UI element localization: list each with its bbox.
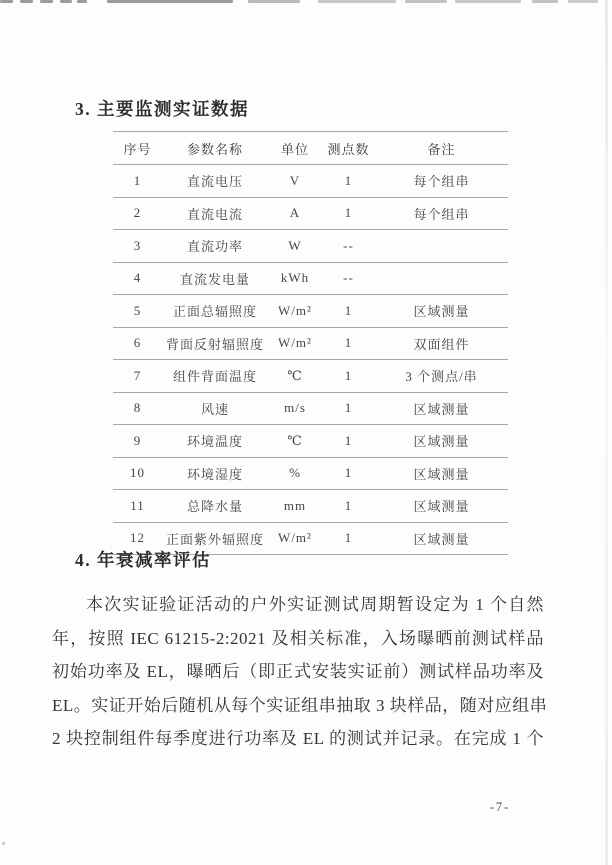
cell-index: 4 [113,270,162,286]
cell-index: 3 [113,238,162,254]
cell-points: -- [322,270,375,286]
table-row: 11 总降水量 mm 1 区域测量 [113,490,508,523]
cell-remark: 3 个测点/串 [375,366,508,385]
cell-parameter: 直流功率 [162,236,268,255]
paragraph-line: 年，按照 IEC 61215-2:2021 及相关标准，入场曝晒前测试样品 [52,622,544,656]
table-row: 10 环境湿度 % 1 区域测量 [113,458,508,491]
cell-index: 9 [113,433,162,449]
cell-parameter: 环境湿度 [162,464,268,483]
cell-parameter: 总降水量 [162,496,268,515]
cell-index: 7 [113,368,162,384]
cell-remark: 双面组件 [375,334,508,353]
table-row: 4 直流发电量 kWh -- [113,263,508,296]
cell-unit: kWh [268,270,322,286]
cell-remark: 区域测量 [375,464,508,483]
paragraph-line: 初始功率及 EL，曝晒后（即正式安装实证前）测试样品功率及 [52,655,544,689]
paragraph-line: EL。实证开始后随机从每个实证组串抽取 3 块样品，随对应组串 [52,689,544,723]
cell-unit: W [268,238,322,254]
table-row: 9 环境温度 ℃ 1 区域测量 [113,425,508,458]
cell-parameter: 组件背面温度 [162,366,268,385]
cell-remark: 区域测量 [375,399,508,418]
cell-unit: W/m² [268,335,322,351]
cell-unit: % [268,465,322,481]
cell-parameter: 风速 [162,399,268,418]
cell-index: 2 [113,205,162,221]
page-number: -7- [470,800,530,815]
cell-index: 11 [113,498,162,514]
scan-artifact-right-edge [605,0,608,865]
cell-remark: 区域测量 [375,496,508,515]
paragraph-line: 本次实证验证活动的户外实证测试周期暂设定为 1 个自然 [52,588,544,622]
cell-remark: 区域测量 [375,431,508,450]
cell-unit: V [268,173,322,189]
column-header-points: 测点数 [322,139,375,158]
cell-points: 1 [322,530,375,546]
cell-unit: W/m² [268,303,322,319]
table-row: 7 组件背面温度 ℃ 1 3 个测点/串 [113,360,508,393]
cell-remark: 区域测量 [375,529,508,548]
scan-artifact-speck [2,842,5,845]
section3-heading: 3. 主要监测实证数据 [75,96,249,121]
column-header-index: 序号 [113,139,162,158]
column-header-parameter: 参数名称 [162,139,268,158]
cell-unit: mm [268,498,322,514]
cell-unit: W/m² [268,530,322,546]
cell-unit: A [268,205,322,221]
cell-index: 6 [113,335,162,351]
cell-index: 10 [113,465,162,481]
cell-parameter: 直流发电量 [162,269,268,288]
cell-index: 8 [113,400,162,416]
cell-parameter: 直流电压 [162,171,268,190]
scan-artifact-top-edge [0,0,612,4]
cell-remark: 每个组串 [375,171,508,190]
cell-index: 12 [113,530,162,546]
cell-parameter: 正面总辐照度 [162,301,268,320]
cell-points: 1 [322,465,375,481]
cell-parameter: 环境温度 [162,431,268,450]
cell-parameter: 正面紫外辐照度 [162,529,268,548]
table-row: 6 背面反射辐照度 W/m² 1 双面组件 [113,328,508,361]
table-row: 3 直流功率 W -- [113,230,508,263]
table-row: 8 风速 m/s 1 区域测量 [113,393,508,426]
cell-points: 1 [322,303,375,319]
table-row: 5 正面总辐照度 W/m² 1 区域测量 [113,295,508,328]
cell-index: 1 [113,173,162,189]
cell-points: 1 [322,498,375,514]
paragraph-line: 2 块控制组件每季度进行功率及 EL 的测试并记录。在完成 1 个 [52,722,544,756]
column-header-remark: 备注 [375,139,508,158]
cell-parameter: 直流电流 [162,204,268,223]
cell-points: 1 [322,400,375,416]
cell-remark: 每个组串 [375,204,508,223]
monitoring-data-table: 序号 参数名称 单位 测点数 备注 1 直流电压 V 1 每个组串 2 直流电流… [113,131,508,555]
document-page: 3. 主要监测实证数据 序号 参数名称 单位 测点数 备注 1 直流电压 V 1… [0,0,612,865]
section4-heading: 4. 年衰减率评估 [75,547,211,572]
cell-remark: 区域测量 [375,301,508,320]
table-row: 1 直流电压 V 1 每个组串 [113,165,508,198]
cell-points: 1 [322,335,375,351]
cell-parameter: 背面反射辐照度 [162,334,268,353]
cell-points: 1 [322,205,375,221]
cell-points: -- [322,238,375,254]
cell-index: 5 [113,303,162,319]
cell-unit: m/s [268,400,322,416]
table-header-row: 序号 参数名称 单位 测点数 备注 [113,132,508,165]
cell-points: 1 [322,173,375,189]
cell-points: 1 [322,433,375,449]
cell-points: 1 [322,368,375,384]
body-paragraph: 本次实证验证活动的户外实证测试周期暂设定为 1 个自然 年，按照 IEC 612… [52,588,544,756]
table-row: 2 直流电流 A 1 每个组串 [113,198,508,231]
cell-unit: ℃ [268,368,322,384]
cell-unit: ℃ [268,433,322,449]
column-header-unit: 单位 [268,139,322,158]
